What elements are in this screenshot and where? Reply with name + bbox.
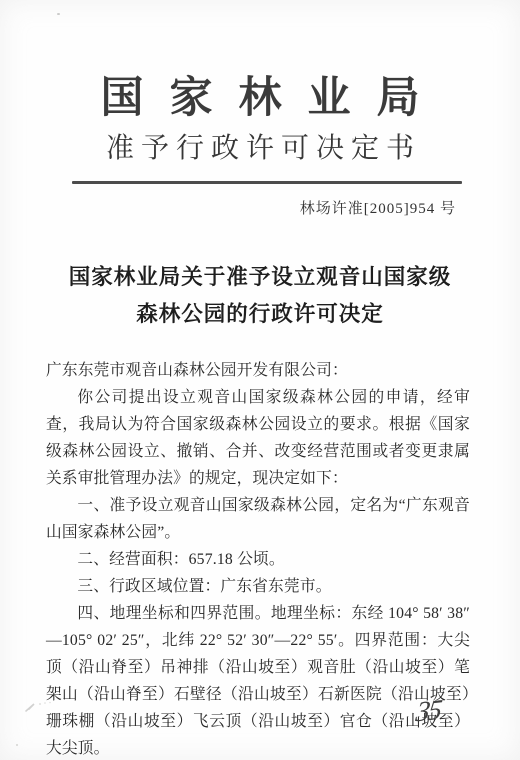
decision-title-line1: 国家林业局关于准予设立观音山国家级 [0,259,520,296]
decision-title: 国家林业局关于准予设立观音山国家级 森林公园的行政许可决定 [0,259,520,333]
addressee-line: 广东东莞市观音山森林公园开发有限公司： [46,357,470,384]
paragraph-item-4: 四、地理坐标和四界范围。地理坐标：东经 104° 58′ 38″—105° 02… [46,600,470,760]
scan-speck [352,138,354,142]
agency-title: 国家林业局 [0,64,520,125]
handwritten-page-number: 35 [414,694,442,729]
paragraph-item-2: 二、经营面积：657.18 公顷。 [46,546,470,573]
doc-type-title: 准予行政许可决定书 [0,126,520,166]
paragraph-item-3: 三、行政区域位置：广东省东莞市。 [46,573,470,600]
decision-title-line2: 森林公园的行政许可决定 [0,296,520,333]
document-number: 林场许准[2005]954 号 [0,197,520,218]
header-divider [72,181,462,184]
scan-speck [16,744,18,746]
paragraph-intro: 你公司提出设立观音山国家级森林公园的申请，经审查，我局认为符合国家级森林公园设立… [46,384,470,492]
scanned-document-page: 国家林业局 准予行政许可决定书 林场许准[2005]954 号 国家林业局关于准… [0,0,520,760]
pencil-mark [24,700,60,716]
document-body: 广东东莞市观音山森林公园开发有限公司： 你公司提出设立观音山国家级森林公园的申请… [46,357,470,760]
paragraph-item-1: 一、准予设立观音山国家级森林公园，定名为“广东观音山国家森林公园”。 [46,492,470,546]
scan-speck [57,13,60,15]
